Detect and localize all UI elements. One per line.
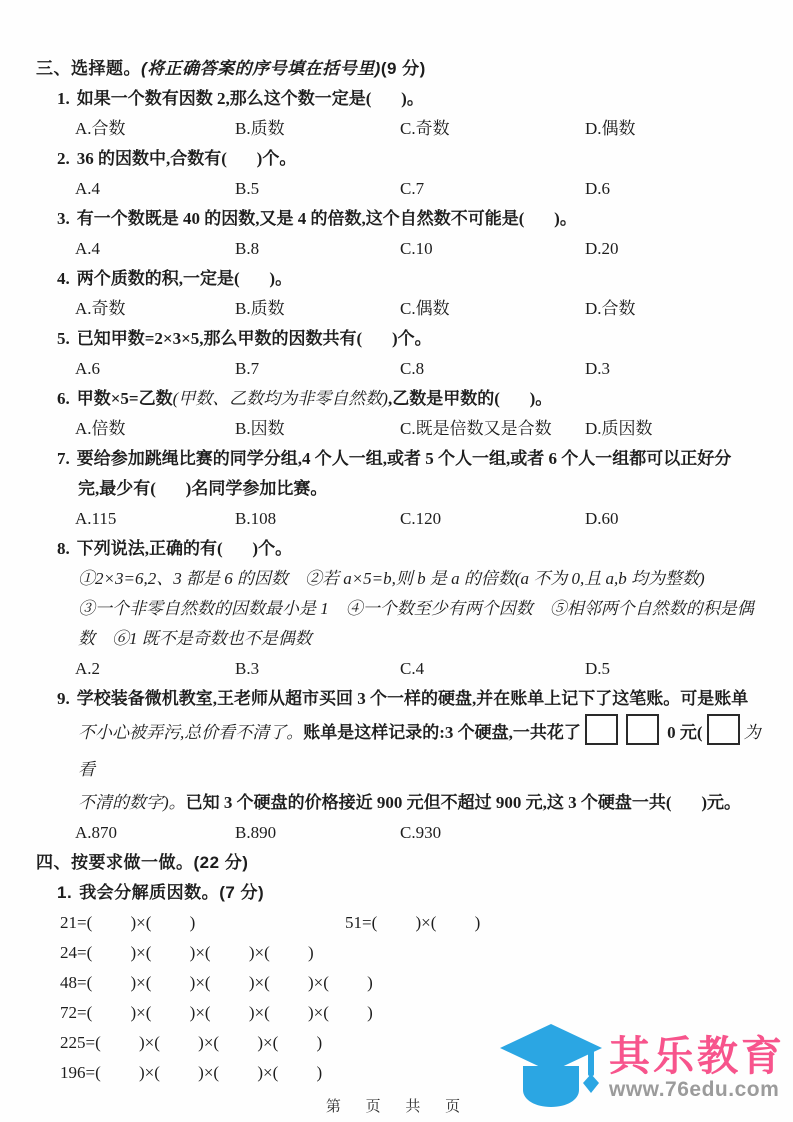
question-6-options: A.倍数 B.因数 C.既是倍数又是合数 D.质因数	[57, 414, 763, 444]
option-c: C.既是倍数又是合数	[400, 414, 585, 444]
question-9: 9.学校装备微机教室,王老师从超市买回 3 个一样的硬盘,并在账单上记下了这笔账…	[36, 684, 763, 848]
question-8-statements-1: ①2×3=6,2、3 都是 6 的因数 ②若 a×5=b,则 b 是 a 的倍数…	[57, 564, 763, 594]
question-stem: 如果一个数有因数 2,那么这个数一定是( )。	[77, 89, 424, 108]
option-a: A.115	[75, 504, 235, 534]
option-c: C.8	[400, 354, 585, 384]
option-a: A.4	[75, 234, 235, 264]
question-9-options: A.870 B.890 C.930	[57, 818, 763, 848]
question-1-options: A.合数 B.质数 C.奇数 D.偶数	[57, 114, 763, 144]
question-8-statements-2: ③一个非零自然数的因数最小是 1 ④一个数至少有两个因数 ⑤相邻两个自然数的积是…	[57, 594, 763, 624]
worksheet-page: 三、选择题。(将正确答案的序号填在括号里)(9 分) 1.如果一个数有因数 2,…	[0, 0, 793, 1122]
option-b: B.质数	[235, 114, 400, 144]
question-stem: 下列说法,正确的有( )个。	[77, 539, 292, 558]
equation-row-21-51: 21=( )×( )51=( )×( )	[60, 908, 763, 938]
section4-score: (22 分)	[194, 853, 249, 872]
option-b: B.3	[235, 654, 400, 684]
smudged-digit-box	[585, 714, 618, 745]
question-2-options: A.4 B.5 C.7 D.6	[57, 174, 763, 204]
option-d-empty	[585, 818, 763, 848]
question-stem-part2: ,乙数是甲数的( )。	[388, 389, 552, 408]
option-d: D.6	[585, 174, 763, 204]
stem-kai-segment: 不小心被弄污,总价看不清了。	[78, 723, 303, 742]
stem-kai-segment: 不清的数字)。	[78, 793, 186, 812]
task-number: 1.	[57, 883, 79, 902]
section3-title: 三、选择题。	[36, 59, 141, 78]
question-9-line3: 不清的数字)。已知 3 个硬盘的价格接近 900 元但不超过 900 元,这 3…	[57, 788, 763, 818]
question-number: 9.	[57, 689, 77, 708]
question-2: 2.36 的因数中,合数有( )个。 A.4 B.5 C.7 D.6	[36, 144, 763, 204]
question-number: 8.	[57, 539, 77, 558]
task1-title-line: 1.我会分解质因数。(7 分)	[57, 878, 763, 908]
stem-segment: 0 元(	[663, 723, 703, 742]
option-c: C.4	[400, 654, 585, 684]
stem-segment: 账单是这样记录的:3 个硬盘,一共花了	[303, 723, 581, 742]
question-number: 5.	[57, 329, 77, 348]
option-b: B.5	[235, 174, 400, 204]
smudged-digit-box	[707, 714, 740, 745]
option-a: A.合数	[75, 114, 235, 144]
question-4-options: A.奇数 B.质数 C.偶数 D.合数	[57, 294, 763, 324]
option-d: D.60	[585, 504, 763, 534]
option-d: D.5	[585, 654, 763, 684]
option-d: D.偶数	[585, 114, 763, 144]
question-9-line1: 9.学校装备微机教室,王老师从超市买回 3 个一样的硬盘,并在账单上记下了这笔账…	[57, 684, 763, 714]
section3-instruction: (将正确答案的序号填在括号里)	[141, 59, 381, 78]
option-b: B.质数	[235, 294, 400, 324]
question-9-line2: 不小心被弄污,总价看不清了。账单是这样记录的:3 个硬盘,一共花了 0 元(为看	[57, 714, 763, 788]
question-8: 8.下列说法,正确的有( )个。 ①2×3=6,2、3 都是 6 的因数 ②若 …	[36, 534, 763, 684]
task-score: (7 分)	[219, 883, 264, 902]
question-number: 1.	[57, 89, 77, 108]
question-3-options: A.4 B.8 C.10 D.20	[57, 234, 763, 264]
option-d: D.20	[585, 234, 763, 264]
task-title: 我会分解质因数。	[79, 883, 219, 902]
question-number: 6.	[57, 389, 77, 408]
option-d: D.合数	[585, 294, 763, 324]
question-7-options: A.115 B.108 C.120 D.60	[57, 504, 763, 534]
option-d: D.3	[585, 354, 763, 384]
question-8-statements-3: 数 ⑥1 既不是奇数也不是偶数	[57, 624, 763, 654]
option-a: A.6	[75, 354, 235, 384]
option-a: A.4	[75, 174, 235, 204]
question-3: 3.有一个数既是 40 的因数,又是 4 的倍数,这个自然数不可能是( )。 A…	[36, 204, 763, 264]
stem-segment: 已知 3 个硬盘的价格接近 900 元但不超过 900 元,这 3 个硬盘一共(…	[186, 793, 741, 812]
option-a: A.870	[75, 818, 235, 848]
question-stem-note: (甲数、乙数均为非零自然数)	[173, 389, 388, 408]
option-a: A.2	[75, 654, 235, 684]
option-b: B.7	[235, 354, 400, 384]
question-stem: 已知甲数=2×3×5,那么甲数的因数共有( )个。	[77, 329, 432, 348]
question-number: 2.	[57, 149, 77, 168]
question-number: 4.	[57, 269, 77, 288]
option-b: B.因数	[235, 414, 400, 444]
option-c: C.120	[400, 504, 585, 534]
option-c: C.偶数	[400, 294, 585, 324]
option-d: D.质因数	[585, 414, 763, 444]
option-c: C.奇数	[400, 114, 585, 144]
question-6-text: 6.甲数×5=乙数(甲数、乙数均为非零自然数),乙数是甲数的( )。	[57, 384, 763, 414]
option-c: C.930	[400, 818, 585, 848]
question-stem: 36 的因数中,合数有( )个。	[77, 149, 297, 168]
question-4-text: 4.两个质数的积,一定是( )。	[57, 264, 763, 294]
question-1-text: 1.如果一个数有因数 2,那么这个数一定是( )。	[57, 84, 763, 114]
question-5-options: A.6 B.7 C.8 D.3	[57, 354, 763, 384]
option-c: C.7	[400, 174, 585, 204]
question-2-text: 2.36 的因数中,合数有( )个。	[57, 144, 763, 174]
section4-task1: 1.我会分解质因数。(7 分)	[36, 878, 763, 908]
question-stem: 学校装备微机教室,王老师从超市买回 3 个一样的硬盘,并在账单上记下了这笔账。可…	[77, 689, 749, 708]
brand-name: 其乐教育	[609, 1034, 785, 1078]
option-a: A.奇数	[75, 294, 235, 324]
option-b: B.108	[235, 504, 400, 534]
question-5-text: 5.已知甲数=2×3×5,那么甲数的因数共有( )个。	[57, 324, 763, 354]
question-stem: 要给参加跳绳比赛的同学分组,4 个人一组,或者 5 个人一组,或者 6 个人一组…	[77, 449, 732, 468]
question-8-line1: 8.下列说法,正确的有( )个。	[57, 534, 763, 564]
option-b: B.8	[235, 234, 400, 264]
question-5: 5.已知甲数=2×3×5,那么甲数的因数共有( )个。 A.6 B.7 C.8 …	[36, 324, 763, 384]
section4-title: 四、按要求做一做。	[36, 853, 194, 872]
question-3-text: 3.有一个数既是 40 的因数,又是 4 的倍数,这个自然数不可能是( )。	[57, 204, 763, 234]
page-footer: 第 页 共 页	[0, 1098, 793, 1116]
brand-text: 其乐教育 www.76edu.com	[609, 1034, 791, 1102]
option-a: A.倍数	[75, 414, 235, 444]
equation-48: 48=( )×( )×( )×( )×( )	[60, 968, 763, 998]
equation-51: 51=( )×( )	[345, 913, 480, 932]
question-6: 6.甲数×5=乙数(甲数、乙数均为非零自然数),乙数是甲数的( )。 A.倍数 …	[36, 384, 763, 444]
question-stem: 两个质数的积,一定是( )。	[77, 269, 292, 288]
section4-heading: 四、按要求做一做。(22 分)	[36, 848, 763, 878]
question-4: 4.两个质数的积,一定是( )。 A.奇数 B.质数 C.偶数 D.合数	[36, 264, 763, 324]
question-1: 1.如果一个数有因数 2,那么这个数一定是( )。 A.合数 B.质数 C.奇数…	[36, 84, 763, 144]
equation-24: 24=( )×( )×( )×( )	[60, 938, 763, 968]
question-8-options: A.2 B.3 C.4 D.5	[57, 654, 763, 684]
question-number: 7.	[57, 449, 77, 468]
question-7-line2: 完,最少有( )名同学参加比赛。	[57, 474, 763, 504]
smudged-digit-box	[626, 714, 659, 745]
question-7-line1: 7.要给参加跳绳比赛的同学分组,4 个人一组,或者 5 个人一组,或者 6 个人…	[57, 444, 763, 474]
option-b: B.890	[235, 818, 400, 848]
section3-heading: 三、选择题。(将正确答案的序号填在括号里)(9 分)	[36, 54, 763, 84]
question-stem-part1: 甲数×5=乙数	[77, 389, 173, 408]
section3-score: (9 分)	[381, 59, 426, 78]
question-7: 7.要给参加跳绳比赛的同学分组,4 个人一组,或者 5 个人一组,或者 6 个人…	[36, 444, 763, 534]
question-number: 3.	[57, 209, 77, 228]
equation-21: 21=( )×( )	[60, 908, 345, 938]
question-stem: 有一个数既是 40 的因数,又是 4 的倍数,这个自然数不可能是( )。	[77, 209, 577, 228]
option-c: C.10	[400, 234, 585, 264]
